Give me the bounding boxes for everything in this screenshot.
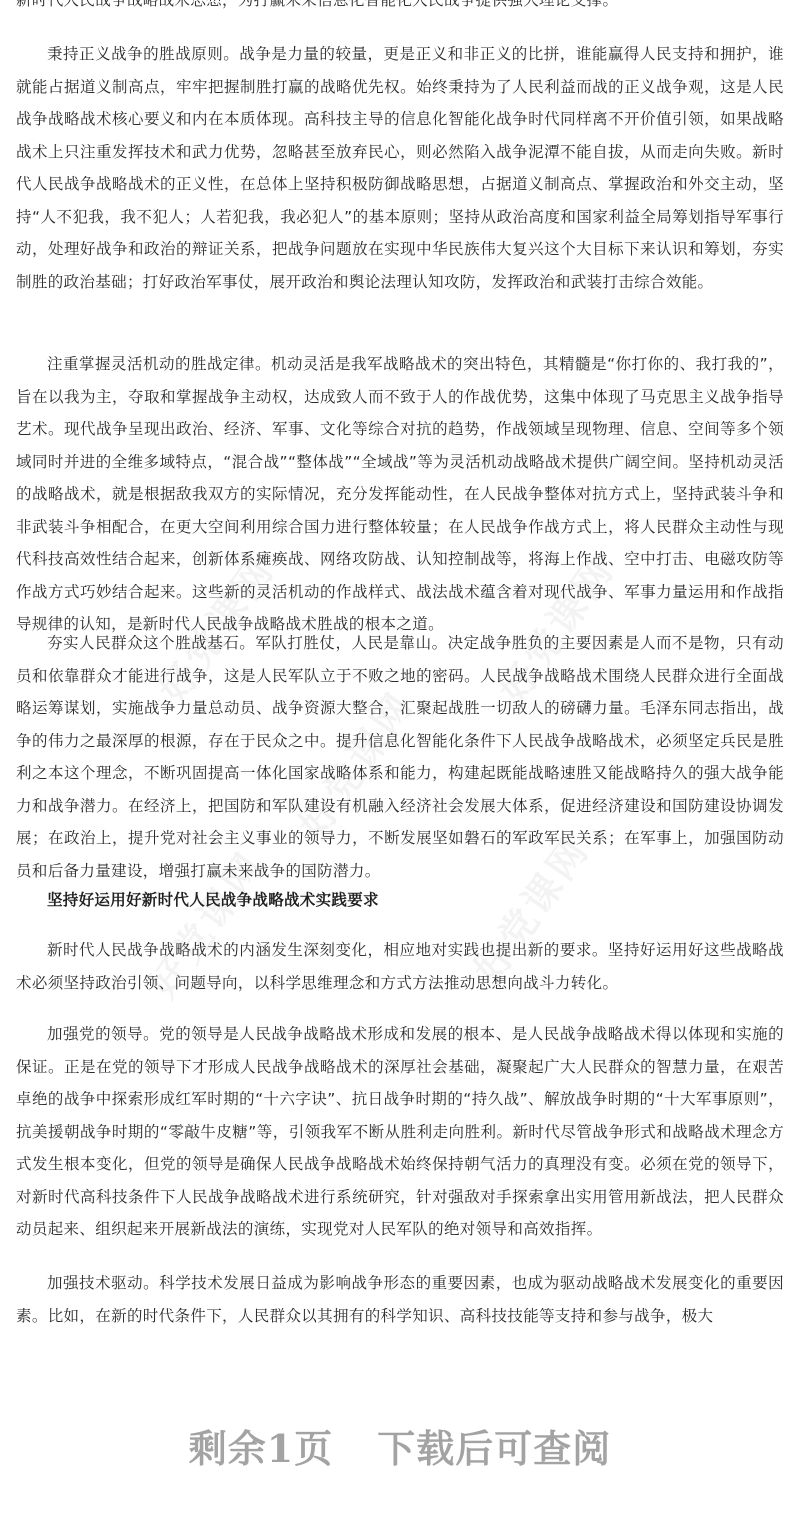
- paragraph-just-war-principle: 秉持正义战争的胜战原则。战争是力量的较量，更是正义和非正义的比拼，谁能赢得人民支…: [16, 38, 784, 298]
- remaining-pages-label: 剩余1页: [189, 1418, 333, 1473]
- section-heading: 坚持好运用好新时代人民战争战略战术实践要求: [16, 884, 784, 916]
- paragraph-people-foundation: 夯实人民群众这个胜战基石。军队打胜仗，人民是靠山。决定战争胜负的主要因素是人而不…: [16, 627, 784, 887]
- paragraph-practice-intro: 新时代人民战争战略战术的内涵发生深刻变化，相应地对实践也提出新的要求。坚持好运用…: [16, 934, 784, 999]
- paragraph-flexible-mobility: 注重掌握灵活机动的胜战定律。机动灵活是我军战略战术的突出特色，其精髓是“你打你的…: [16, 348, 784, 641]
- paragraph-continued: 新时代人民战争战略战术思想，为打赢未来信息化智能化人民战争提供强大理论支撑。: [16, 0, 784, 17]
- download-action-label[interactable]: 下载后可查阅: [377, 1418, 611, 1473]
- download-to-read-more-banner[interactable]: 剩余1页 下载后可查阅: [0, 1405, 800, 1485]
- paragraph-party-leadership: 加强党的领导。党的领导是人民战争战略战术形成和发展的根本、是人民战争战略战术得以…: [16, 1018, 784, 1246]
- paragraph-tech-driven: 加强技术驱动。科学技术发展日益成为影响战争形态的重要因素，也成为驱动战略战术发展…: [16, 1267, 784, 1332]
